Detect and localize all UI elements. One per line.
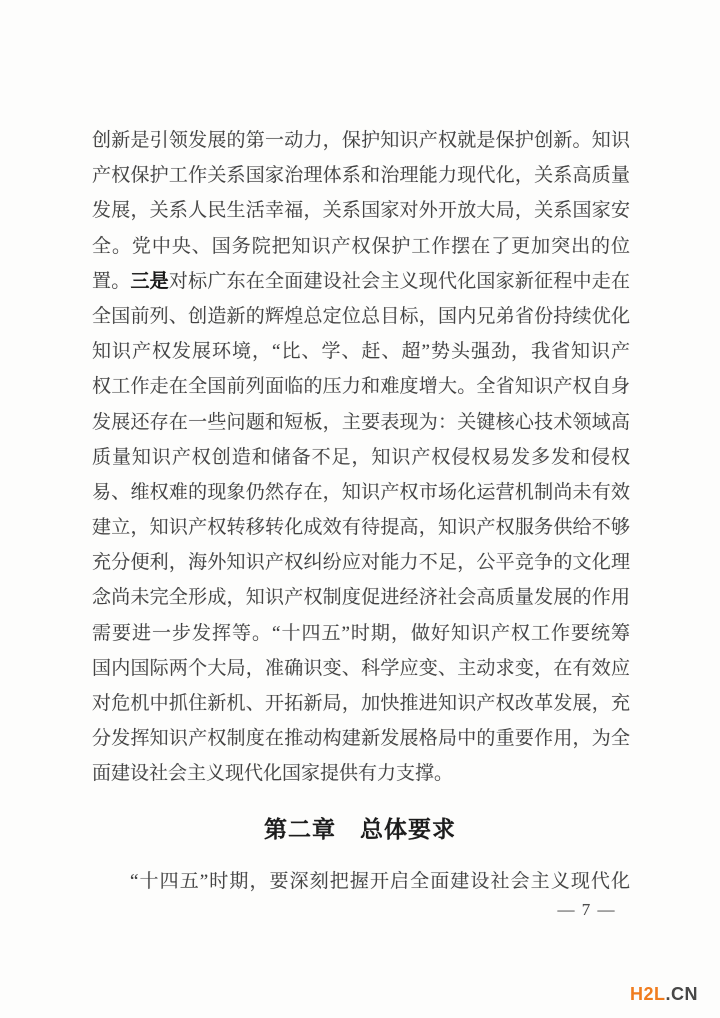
paragraph-line: 全。党中央、国务院把知识产权保护工作摆在了更加突出的位 [92, 229, 630, 264]
paragraph-line: 国内国际两个大局，准确识变、科学应变、主动求变，在有效应 [92, 651, 630, 686]
body-text-block: 创新是引领发展的第一动力，保护知识产权就是保护创新。知识 产权保护工作关系国家治… [92, 123, 630, 792]
line-text-post: 对标广东在全面建设社会主义现代化国家新征程中走在 [169, 271, 630, 292]
page-number: — 7 — [92, 900, 616, 920]
paragraph-line: 分发挥知识产权制度在推动构建新发展格局中的重要作用，为全 [92, 721, 630, 756]
paragraph-line: 易、维权难的现象仍然存在，知识产权市场化运营机制尚未有效 [92, 475, 630, 510]
chapter-heading: 第二章 总体要求 [0, 811, 720, 844]
paragraph-line-with-emphasis: 置。三是对标广东在全面建设社会主义现代化国家新征程中走在 [92, 264, 630, 299]
paragraph-line: 产权保护工作关系国家治理体系和治理能力现代化，关系高质量 [92, 158, 630, 193]
paragraph-line: 权工作走在全国前列面临的压力和难度增大。全省知识产权自身 [92, 369, 630, 404]
paragraph-last-line: 面建设社会主义现代化国家提供有力支撑。 [92, 756, 630, 791]
paragraph-line: 建立，知识产权转移转化成效有待提高，知识产权服务供给不够 [92, 510, 630, 545]
document-page: 创新是引领发展的第一动力，保护知识产权就是保护创新。知识 产权保护工作关系国家治… [0, 0, 720, 1018]
paragraph-line: 念尚未完全形成，知识产权制度促进经济社会高质量发展的作用 [92, 580, 630, 615]
paragraph-line: 充分便利，海外知识产权纠纷应对能力不足，公平竞争的文化理 [92, 545, 630, 580]
paragraph-line: 知识产权发展环境，“比、学、赶、超”势头强劲，我省知识产 [92, 334, 630, 369]
paragraph-line: 创新是引领发展的第一动力，保护知识产权就是保护创新。知识 [92, 123, 630, 158]
paragraph-line: 对危机中抓住新机、开拓新局，加快推进知识产权改革发展，充 [92, 686, 630, 721]
line-text-pre: 置。 [92, 271, 130, 292]
bold-emphasis: 三是 [130, 271, 168, 292]
paragraph-line: 发展还存在一些问题和短板，主要表现为：关键核心技术领域高 [92, 405, 630, 440]
watermark-suffix-text: .CN [666, 984, 699, 1004]
watermark-logo: H2L.CN [630, 984, 698, 1005]
watermark-primary-text: H2L [630, 984, 666, 1004]
paragraph-line: 全国前列、创造新的辉煌总定位总目标，国内兄弟省份持续优化 [92, 299, 630, 334]
paragraph-line: 需要进一步发挥等。“十四五”时期，做好知识产权工作要统筹 [92, 616, 630, 651]
paragraph-opening-line: “十四五”时期，要深刻把握开启全面建设社会主义现代化 [92, 868, 630, 895]
paragraph-line: 发展，关系人民生活幸福，关系国家对外开放大局，关系国家安 [92, 193, 630, 228]
paragraph-line: 质量知识产权创造和储备不足，知识产权侵权易发多发和侵权 [92, 440, 630, 475]
